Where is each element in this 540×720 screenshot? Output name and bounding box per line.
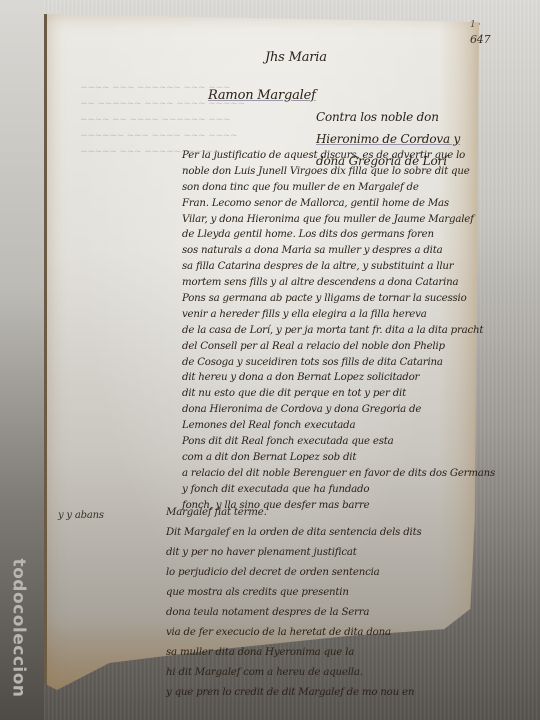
text-line: Pons sa germana ab pacte y lligams de to… — [182, 291, 495, 307]
folio-mark: 1 · — [470, 20, 481, 30]
folio-number: 647 — [470, 33, 490, 46]
text-line: dit hereu y dona a don Bernat Lopez soli… — [182, 370, 495, 386]
text-line: Fran. Lecomo senor de Mallorca, gentil h… — [182, 196, 495, 212]
text-line: de Cosoga y suceidiren tots sos fills de… — [182, 355, 495, 371]
text-line: a relacio del dit noble Berenguer en fav… — [182, 466, 495, 482]
invocation: Jhs Maria — [265, 50, 327, 65]
text-line: Dit Margalef en la orden de dita sentenc… — [166, 523, 422, 543]
text-line: dona Hieronima de Cordova y dona Gregori… — [182, 402, 495, 418]
text-line: via de fer execucio de la heretat de dit… — [166, 623, 422, 643]
heading-line: Contra los noble don — [316, 106, 460, 128]
text-line: lo perjudicio del decret de orden senten… — [166, 563, 422, 583]
text-line: noble don Luis Junell Virgoes dix filla … — [182, 164, 495, 180]
text-line: del Consell per al Real a relacio del no… — [182, 339, 495, 355]
text-line: de Lleyda gentil home. Los dits dos germ… — [182, 227, 495, 243]
text-line: y que pren lo credit de dit Margalef de … — [166, 683, 422, 703]
heading-name: Ramon Margalef — [208, 88, 316, 103]
text-line: dit nu esto que die dit perque en tot y … — [182, 386, 495, 402]
text-line: mortem sens fills y al altre descendens … — [182, 275, 495, 291]
text-line: com a dit don Bernat Lopez sob dit — [182, 450, 495, 466]
text-line: Per la justificatio de aquest discurs, e… — [182, 148, 495, 164]
closing-text: Margalef fiat terme. Dit Margalef en la … — [166, 503, 422, 703]
watermark-text: todocoleccion — [9, 558, 29, 697]
text-line: y fonch dit executada que ha fundado — [182, 482, 495, 498]
watermark: todocoleccion — [4, 545, 34, 710]
body-text: Per la justificatio de aquest discurs, e… — [182, 148, 495, 513]
text-line: Margalef fiat terme. — [166, 503, 422, 523]
text-line: Lemones del Real fonch executada — [182, 418, 495, 434]
text-line: Pons dit dit Real fonch executada que es… — [182, 434, 495, 450]
heading-line: Hieronimo de Cordova y — [316, 128, 460, 150]
text-line: de la casa de Lorí, y per ja morta tant … — [182, 323, 495, 339]
text-line: son dona tinc que fou muller de en Marga… — [182, 180, 495, 196]
text-line: que mostra als credits que presentin — [166, 583, 422, 603]
text-line: sa muller dita dona Hyeronima que la — [166, 643, 422, 663]
text-line: dit y per no haver plenament justificat — [166, 543, 422, 563]
text-line: sa filla Catarina despres de la altre, y… — [182, 259, 495, 275]
text-line: dona teula notament despres de la Serra — [166, 603, 422, 623]
text-line: sos naturals a dona Maria sa muller y de… — [182, 243, 495, 259]
text-line: Vilar, y dona Hieronima que fou muller d… — [182, 212, 495, 228]
text-line: hi dit Margalef com a hereu de aquella. — [166, 663, 422, 683]
text-line: venir a hereder fills y ella elegira a l… — [182, 307, 495, 323]
margin-note: y y abans — [58, 510, 104, 521]
